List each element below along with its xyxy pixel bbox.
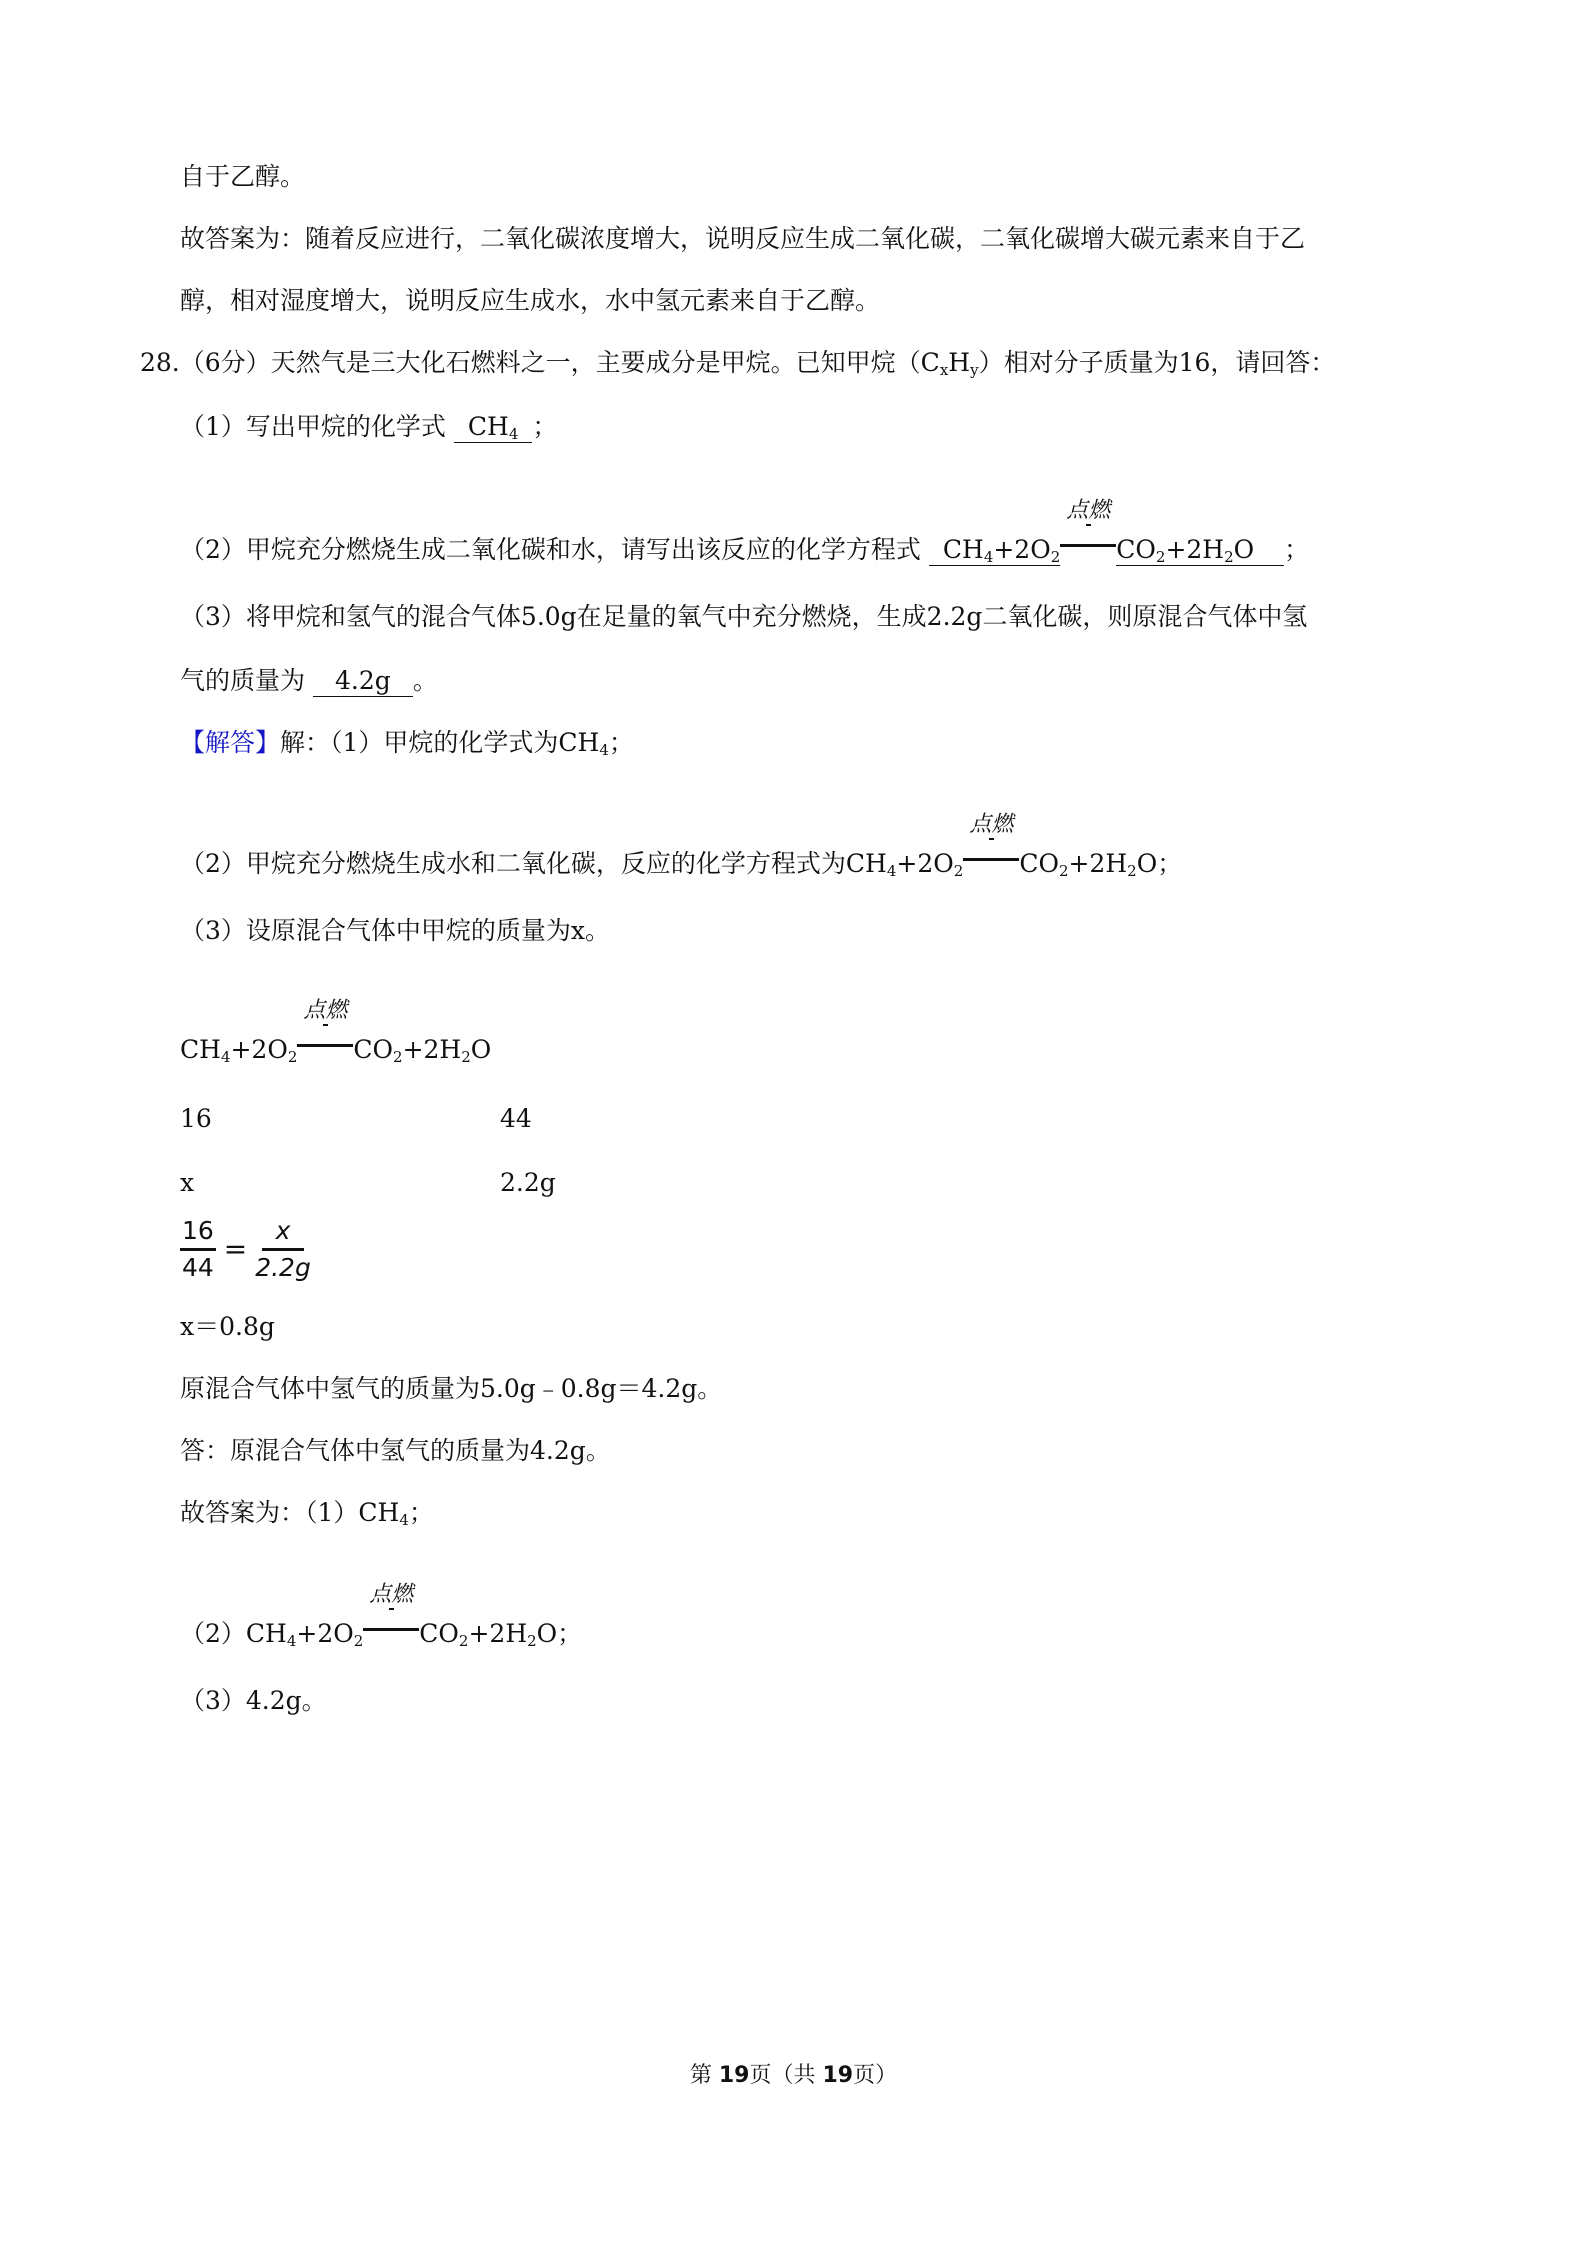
question-score: （6分） — [180, 348, 271, 377]
prev-answer-summary-1: 故答案为：随着反应进行，二氧化碳浓度增大，说明反应生成二氧化碳，二氧化碳增大碳元… — [180, 222, 1305, 256]
intro-end: ； — [609, 728, 634, 757]
final-answer-2: （2）CH4+2O2点燃CO2+2H2O； — [180, 1608, 582, 1651]
ratio-row1-right: 44 — [500, 1102, 532, 1136]
question-number: 28. — [140, 348, 180, 377]
final-answer-3: （3）4.2g。 — [180, 1684, 327, 1718]
reaction-condition: 点燃 — [369, 1578, 413, 1612]
final-answer-1: 故答案为：（1）CH4； — [180, 1496, 434, 1530]
prev-answer-tail: 自于乙醇。 — [180, 160, 305, 194]
ratio-row2-right: 2.2g — [500, 1166, 556, 1200]
reaction-condition: 点燃 — [303, 994, 347, 1028]
solution-intro-text: 解：（1）甲烷的化学式为CH — [280, 728, 599, 757]
reaction-arrow: 点燃 — [363, 1608, 419, 1642]
solution-equation: CH4+2O2点燃CO2+2H2O — [180, 1024, 491, 1067]
equals-sign: = — [224, 1233, 247, 1266]
page-number: 19 — [719, 2063, 750, 2088]
part1-prompt: （1）写出甲烷的化学式 — [180, 412, 446, 441]
part1-answer-blank: CH4 — [454, 412, 532, 443]
hydrogen-calculation: 原混合气体中氢气的质量为5.0g﹣0.8g＝4.2g。 — [180, 1372, 722, 1406]
proportion-equation: 1644 = x2.2g — [180, 1214, 311, 1285]
result-x: x＝0.8g — [180, 1310, 275, 1344]
reaction-arrow: 点燃 — [1060, 524, 1116, 558]
reaction-condition: 点燃 — [969, 808, 1013, 842]
part2-prompt: （2）甲烷充分燃烧生成二氧化碳和水，请写出该反应的化学方程式 — [180, 535, 921, 564]
step2-end: ； — [1157, 849, 1182, 878]
ratio-row1-left: 16 — [180, 1102, 212, 1136]
answer-statement: 答：原混合气体中氢气的质量为4.2g。 — [180, 1434, 611, 1468]
stem-text-b: ）相对分子质量为16，请回答： — [979, 348, 1336, 377]
reaction-arrow: 点燃 — [963, 838, 1019, 872]
reaction-arrow: 点燃 — [297, 1024, 353, 1058]
intro-sub: 4 — [599, 741, 609, 759]
ratio-row2-left: x — [180, 1166, 194, 1200]
part1-end: ； — [532, 412, 557, 441]
solution-tag: 【解答】 — [180, 728, 280, 757]
part2: （2）甲烷充分燃烧生成二氧化碳和水，请写出该反应的化学方程式 CH4+2O2点燃… — [180, 524, 1309, 567]
stem-sub-y: y — [970, 361, 978, 379]
part3-answer-blank: 4.2g — [313, 666, 413, 697]
page-footer: 第 19页（共 19页） — [0, 2058, 1587, 2089]
part1-answer-sub: 4 — [509, 425, 519, 443]
step2-prompt: （2）甲烷充分燃烧生成水和二氧化碳，反应的化学方程式为 — [180, 849, 846, 878]
stem-sub-x: x — [940, 361, 948, 379]
solution-intro: 【解答】解：（1）甲烷的化学式为CH4； — [180, 726, 634, 760]
part1-answer: CH — [468, 412, 509, 441]
part3-prompt: 气的质量为 — [180, 666, 305, 695]
solution-step2: （2）甲烷充分燃烧生成水和二氧化碳，反应的化学方程式为CH4+2O2点燃CO2+… — [180, 838, 1182, 881]
stem-h: H — [948, 348, 970, 377]
part3-end: 。 — [413, 666, 438, 695]
question-stem: 28.（6分）天然气是三大化石燃料之一，主要成分是甲烷。已知甲烷（CxHy）相对… — [140, 346, 1335, 380]
reaction-condition: 点燃 — [1066, 494, 1110, 528]
stem-text-a: 天然气是三大化石燃料之一，主要成分是甲烷。已知甲烷（C — [271, 348, 940, 377]
fraction-left: 1644 — [180, 1214, 216, 1285]
part2-answer-left: CH4+2O2 — [929, 535, 1060, 566]
prev-answer-summary-2: 醇，相对湿度增大，说明反应生成水，水中氢元素来自于乙醇。 — [180, 284, 880, 318]
part3-line1: （3）将甲烷和氢气的混合气体5.0g在足量的氧气中充分燃烧，生成2.2g二氧化碳… — [180, 600, 1307, 634]
fraction-right: x2.2g — [255, 1214, 311, 1285]
page-total: 19 — [823, 2063, 854, 2088]
part2-end: ； — [1284, 535, 1309, 564]
part1: （1）写出甲烷的化学式 CH4； — [180, 410, 557, 444]
part3-line2: 气的质量为 4.2g。 — [180, 664, 438, 698]
solution-step3: （3）设原混合气体中甲烷的质量为x。 — [180, 914, 610, 948]
part2-answer-right: CO2+2H2O — [1116, 535, 1284, 566]
